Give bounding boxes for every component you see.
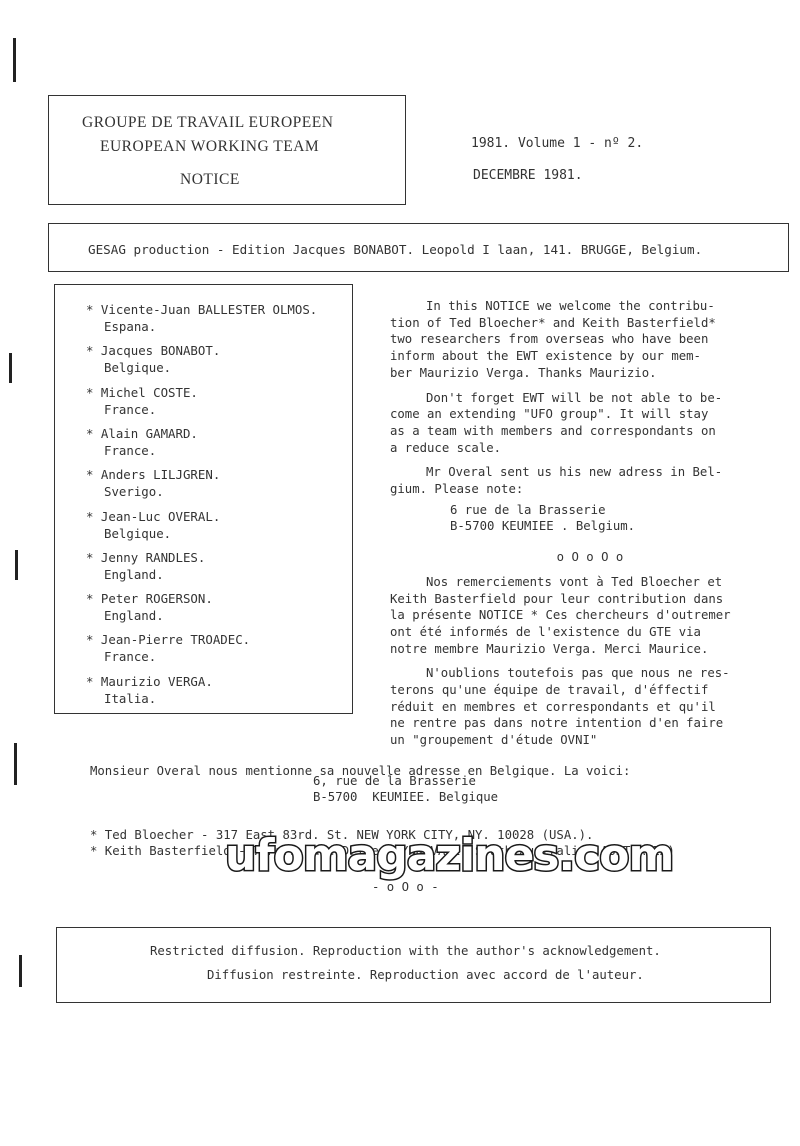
- margin-mark: [9, 353, 12, 383]
- member-item: * Jacques BONABOT.Belgique.: [86, 342, 220, 376]
- member-item: * Vicente-Juan BALLESTER OLMOS.Espana.: [86, 301, 317, 335]
- address-line-1: 6, rue de la Brasserie: [313, 774, 476, 788]
- margin-mark: [14, 743, 17, 785]
- member-country: Sverigo.: [86, 483, 220, 500]
- notice-title: NOTICE: [180, 171, 240, 189]
- footer-english: Restricted diffusion. Reproduction with …: [150, 944, 661, 958]
- english-paragraph-2: Don't forget EWT will be not able to be-…: [390, 390, 790, 457]
- french-paragraph-2: N'oublions toutefois pas que nous ne res…: [390, 665, 790, 749]
- notice-body: In this NOTICE we welcome the contribu-t…: [390, 298, 790, 757]
- member-item: * Anders LILJGREN.Sverigo.: [86, 466, 220, 500]
- member-item: * Jean-Pierre TROADEC.France.: [86, 631, 250, 665]
- member-name: * Jenny RANDLES.: [86, 549, 205, 566]
- member-country: Belgique.: [86, 359, 220, 376]
- member-name: * Jean-Luc OVERAL.: [86, 508, 220, 525]
- member-name: * Anders LILJGREN.: [86, 466, 220, 483]
- separator-2: - o O o -: [372, 880, 439, 894]
- margin-mark: [15, 550, 18, 580]
- english-paragraph-3: Mr Overal sent us his new adress in Bel-…: [390, 464, 790, 497]
- title-english: EUROPEAN WORKING TEAM: [100, 138, 319, 156]
- member-country: England.: [86, 607, 213, 624]
- member-country: Espana.: [86, 318, 317, 335]
- issue-date: DECEMBRE 1981.: [473, 168, 583, 183]
- member-country: France.: [86, 648, 250, 665]
- member-item: * Michel COSTE.France.: [86, 384, 198, 418]
- member-item: * Jean-Luc OVERAL.Belgique.: [86, 508, 220, 542]
- member-name: * Michel COSTE.: [86, 384, 198, 401]
- member-country: Italia.: [86, 690, 213, 707]
- margin-mark: [19, 955, 22, 987]
- member-item: * Jenny RANDLES.England.: [86, 549, 205, 583]
- member-item: * Maurizio VERGA.Italia.: [86, 673, 213, 707]
- title-french: GROUPE DE TRAVAIL EUROPEEN: [82, 114, 333, 132]
- new-address: 6 rue de la BrasserieB-5700 KEUMIEE . Be…: [390, 502, 790, 535]
- watermark: ufomagazines.com: [225, 830, 673, 881]
- english-paragraph-1: In this NOTICE we welcome the contribu-t…: [390, 298, 790, 382]
- member-name: * Peter ROGERSON.: [86, 590, 213, 607]
- member-country: France.: [86, 401, 198, 418]
- member-name: * Jacques BONABOT.: [86, 342, 220, 359]
- footer-box: [56, 927, 771, 1003]
- footer-french: Diffusion restreinte. Reproduction avec …: [207, 968, 644, 982]
- member-item: * Alain GAMARD.France.: [86, 425, 198, 459]
- member-name: * Alain GAMARD.: [86, 425, 198, 442]
- production-credit: GESAG production - Edition Jacques BONAB…: [88, 242, 702, 257]
- member-name: * Vicente-Juan BALLESTER OLMOS.: [86, 301, 317, 318]
- member-name: * Maurizio VERGA.: [86, 673, 213, 690]
- member-item: * Peter ROGERSON.England.: [86, 590, 213, 624]
- volume-info: 1981. Volume 1 - nº 2.: [471, 136, 643, 151]
- separator: o O o O o: [390, 549, 790, 566]
- member-country: Belgique.: [86, 525, 220, 542]
- address-line-2: B-5700 KEUMIEE. Belgique: [313, 790, 498, 804]
- margin-mark: [13, 38, 16, 82]
- member-country: England.: [86, 566, 205, 583]
- member-country: France.: [86, 442, 198, 459]
- french-paragraph-1: Nos remerciements vont à Ted Bloecher et…: [390, 574, 790, 658]
- member-name: * Jean-Pierre TROADEC.: [86, 631, 250, 648]
